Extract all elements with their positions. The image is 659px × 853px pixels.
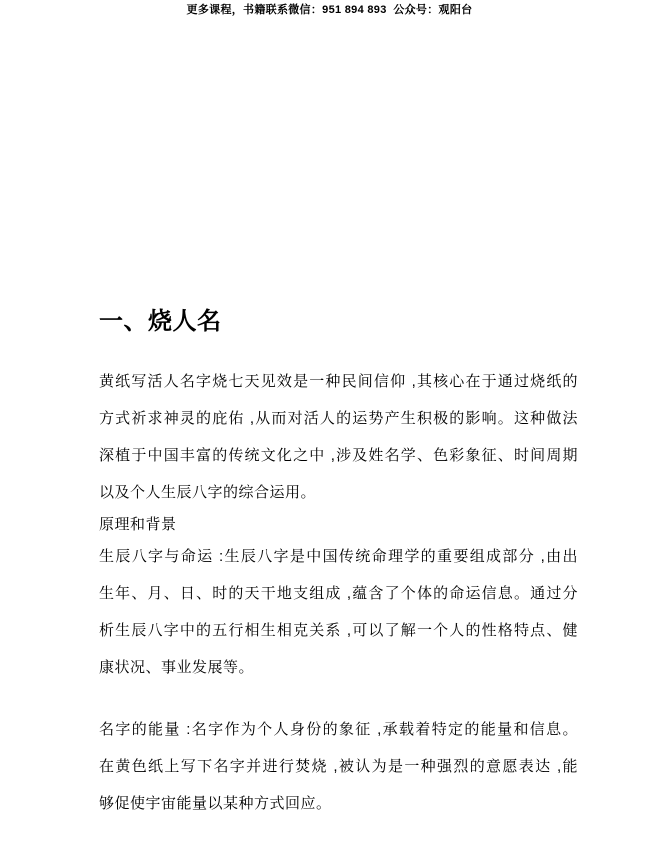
section-heading: 一、烧人名 [99, 304, 578, 340]
text-line: 黄纸写活人名字烧七天见效是一种民间信仰 ,其核心在于通过烧纸的 [99, 363, 578, 400]
text-line: 康状况、事业发展等。 [99, 649, 578, 686]
paragraph-name-energy: 名字的能量 :名字作为个人身份的象征 ,承载着特定的能量和信息。 在黄色纸上写下… [99, 711, 578, 822]
document-content: 一、烧人名 黄纸写活人名字烧七天见效是一种民间信仰 ,其核心在于通过烧纸的 方式… [99, 304, 578, 822]
text-line: 生辰八字与命运 :生辰八字是中国传统命理学的重要组成部分 ,由出 [99, 538, 578, 575]
paragraph-intro: 黄纸写活人名字烧七天见效是一种民间信仰 ,其核心在于通过烧纸的 方式祈求神灵的庇… [99, 363, 578, 511]
text-line: 析生辰八字中的五行相生相克关系 ,可以了解一个人的性格特点、健 [99, 612, 578, 649]
paragraph-bazi: 生辰八字与命运 :生辰八字是中国传统命理学的重要组成部分 ,由出 生年、月、日、… [99, 538, 578, 686]
text-line: 方式祈求神灵的庇佑 ,从而对活人的运势产生积极的影响。这种做法 [99, 400, 578, 437]
text-line: 深植于中国丰富的传统文化之中 ,涉及姓名学、色彩象征、时间周期 [99, 437, 578, 474]
text-line: 名字的能量 :名字作为个人身份的象征 ,承载着特定的能量和信息。 [99, 711, 578, 748]
document-page: 更多课程，书籍联系微信：951 894 893 公众号：观阳台 一、烧人名 黄纸… [0, 0, 659, 853]
text-line: 在黄色纸上写下名字并进行焚烧 ,被认为是一种强烈的意愿表达 ,能 [99, 748, 578, 785]
page-header-contact-note: 更多课程，书籍联系微信：951 894 893 公众号：观阳台 [0, 0, 659, 17]
text-line: 生年、月、日、时的天干地支组成 ,蕴含了个体的命运信息。通过分 [99, 575, 578, 612]
text-line: 够促使宇宙能量以某种方式回应。 [99, 785, 578, 822]
